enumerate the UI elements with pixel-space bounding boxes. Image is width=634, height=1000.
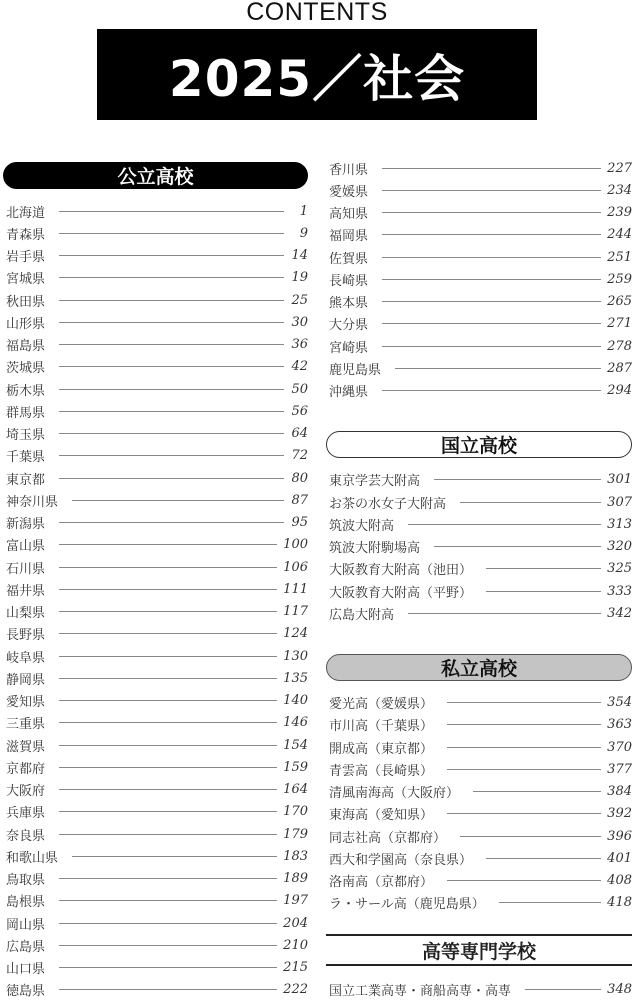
entry-title: 石川県 [3, 558, 45, 577]
toc-entry[interactable]: 富山県100 [3, 534, 308, 556]
entry-title: 宮城県 [3, 268, 45, 287]
entry-title: 埼玉県 [3, 424, 45, 443]
leader-line [59, 834, 277, 835]
entry-title: 洛南高（京都府） [326, 871, 433, 890]
leader-line [59, 900, 277, 901]
page-number: 227 [607, 161, 632, 176]
page-number: 320 [607, 539, 632, 554]
toc-entry[interactable]: 西大和学園高（奈良県）401 [326, 847, 632, 869]
toc-entry[interactable]: 市川高（千葉県）363 [326, 714, 632, 736]
toc-entry[interactable]: 島根県197 [3, 890, 308, 912]
page-number: 19 [290, 270, 308, 285]
page-number: 140 [283, 693, 308, 708]
entry-title: 広島大附高 [326, 604, 394, 623]
entry-title: 愛媛県 [326, 181, 368, 200]
toc-entry[interactable]: 群馬県56 [3, 400, 308, 422]
page-number: 179 [283, 827, 308, 842]
toc-entry[interactable]: 三重県146 [3, 712, 308, 734]
page-number: 215 [283, 960, 308, 975]
leader-line [59, 255, 284, 256]
toc-entry[interactable]: 岡山県204 [3, 912, 308, 934]
toc-entry[interactable]: 徳島県222 [3, 979, 308, 1000]
section-header-national: 国立高校 [326, 431, 632, 458]
page-number: 259 [607, 272, 632, 287]
entry-title: 島根県 [3, 891, 45, 910]
toc-entry[interactable]: 宮崎県278 [326, 335, 632, 357]
leader-line [59, 767, 277, 768]
page-number: 124 [283, 626, 308, 641]
toc-entry[interactable]: 広島県210 [3, 934, 308, 956]
entry-title: 千葉県 [3, 446, 45, 465]
public-list-continued: 香川県227愛媛県234高知県239福岡県244佐賀県251長崎県259熊本県2… [326, 157, 632, 402]
page-number: 189 [283, 871, 308, 886]
leader-line [473, 791, 601, 792]
page-number: 325 [607, 561, 632, 576]
page-number: 287 [607, 361, 632, 376]
leader-line [59, 989, 277, 990]
leader-line [59, 945, 277, 946]
entry-title: 熊本県 [326, 292, 368, 311]
page-number: 87 [290, 493, 308, 508]
toc-entry[interactable]: 山口県215 [3, 957, 308, 979]
page-number: 64 [290, 426, 308, 441]
toc-entry[interactable]: 長野県124 [3, 623, 308, 645]
page-number: 42 [290, 359, 308, 374]
title-banner: 2025／社会 [97, 29, 537, 120]
toc-entry[interactable]: 愛光高（愛媛県）354 [326, 692, 632, 714]
leader-line [395, 368, 601, 369]
entry-title: 香川県 [326, 159, 368, 178]
leader-line [59, 544, 277, 545]
leader-line [59, 433, 284, 434]
entry-title: 山形県 [3, 313, 45, 332]
entry-title: 徳島県 [3, 980, 45, 999]
toc-entry[interactable]: 山梨県117 [3, 601, 308, 623]
leader-line [434, 546, 601, 547]
leader-line [59, 700, 277, 701]
toc-entry[interactable]: 大分県271 [326, 313, 632, 335]
page-number: 408 [607, 873, 632, 888]
page-number: 111 [283, 582, 308, 597]
entry-title: 筑波大附高 [326, 515, 394, 534]
leader-line [382, 212, 601, 213]
toc-entry[interactable]: 清風南海高（大阪府）384 [326, 781, 632, 803]
entry-title: ラ・サール高（鹿児島県） [326, 893, 485, 912]
leader-line [59, 455, 284, 456]
leader-line [486, 591, 601, 592]
page-number: 392 [607, 806, 632, 821]
entry-title: 大分県 [326, 314, 368, 333]
page-title: 2025／社会 [169, 39, 465, 111]
page-number: 363 [607, 717, 632, 732]
toc-entry[interactable]: 秋田県25 [3, 289, 308, 311]
leader-line [382, 279, 601, 280]
toc-entry[interactable]: 京都府159 [3, 756, 308, 778]
entry-title: 茨城県 [3, 357, 45, 376]
entry-title: 清風南海高（大阪府） [326, 782, 459, 801]
page-number: 370 [607, 740, 632, 755]
toc-entry[interactable]: 和歌山県183 [3, 845, 308, 867]
leader-line [59, 411, 284, 412]
entry-title: 群馬県 [3, 402, 45, 421]
toc-entry[interactable]: 鳥取県189 [3, 868, 308, 890]
leader-line [59, 878, 277, 879]
toc-entry[interactable]: 大阪府164 [3, 779, 308, 801]
entry-title: 開成高（東京都） [326, 738, 433, 757]
toc-entry[interactable]: 青森県9 [3, 222, 308, 244]
leader-line [59, 678, 277, 679]
page-number: 1 [290, 204, 308, 219]
toc-entry[interactable]: 東京都80 [3, 467, 308, 489]
leader-line [59, 656, 277, 657]
toc-entry[interactable]: 奈良県179 [3, 823, 308, 845]
page-number: 100 [283, 537, 308, 552]
page-number: 294 [607, 383, 632, 398]
page-number: 333 [607, 584, 632, 599]
section-header-technical: 高等専門学校 [326, 934, 632, 966]
entry-title: 青雲高（長崎県） [326, 760, 433, 779]
page-number: 14 [290, 248, 308, 263]
toc-entry[interactable]: 石川県106 [3, 556, 308, 578]
section-header-public: 公立高校 [3, 162, 308, 189]
leader-line [59, 366, 284, 367]
leader-line [59, 722, 277, 723]
entry-title: 奈良県 [3, 825, 45, 844]
toc-entry[interactable]: 広島大附高342 [326, 602, 632, 624]
page-number: 135 [283, 671, 308, 686]
toc-entry[interactable]: 福岡県244 [326, 224, 632, 246]
toc-entry[interactable]: 福井県111 [3, 578, 308, 600]
entry-title: 岡山県 [3, 914, 45, 933]
leader-line [59, 811, 277, 812]
page-number: 301 [607, 472, 632, 487]
entry-title: 三重県 [3, 713, 45, 732]
entry-title: 佐賀県 [326, 248, 368, 267]
entry-title: 市川高（千葉県） [326, 715, 433, 734]
entry-title: 長崎県 [326, 270, 368, 289]
toc-entry[interactable]: 開成高（東京都）370 [326, 736, 632, 758]
page-number: 210 [283, 938, 308, 953]
leader-line [382, 390, 601, 391]
leader-line [59, 300, 284, 301]
toc-entry[interactable]: 北海道1 [3, 200, 308, 222]
toc-entry[interactable]: 新潟県95 [3, 512, 308, 534]
leader-line [382, 190, 601, 191]
entry-title: 東京学芸大附高 [326, 470, 420, 489]
leader-line [59, 233, 284, 234]
entry-title: 栃木県 [3, 380, 45, 399]
page-number: 251 [607, 250, 632, 265]
toc-entry[interactable]: 香川県227 [326, 157, 632, 179]
leader-line [525, 989, 601, 990]
leader-line [460, 836, 601, 837]
toc-entry[interactable]: 岩手県14 [3, 245, 308, 267]
page-number: 25 [290, 293, 308, 308]
toc-entry[interactable]: 山形県30 [3, 311, 308, 333]
page-number: 313 [607, 517, 632, 532]
page-number: 348 [607, 982, 632, 997]
toc-entry[interactable]: 静岡県135 [3, 667, 308, 689]
toc-entry[interactable]: 福島県36 [3, 334, 308, 356]
entry-title: 長野県 [3, 624, 45, 643]
page-number: 56 [290, 404, 308, 419]
entry-title: 和歌山県 [3, 847, 58, 866]
toc-entry[interactable]: 佐賀県251 [326, 246, 632, 268]
toc-entry[interactable]: 兵庫県170 [3, 801, 308, 823]
toc-entry[interactable]: 栃木県50 [3, 378, 308, 400]
page-number: 170 [283, 804, 308, 819]
entry-title: 国立工業高専・商船高専・高専 [326, 980, 511, 999]
page-number: 307 [607, 495, 632, 510]
toc-entry[interactable]: 高知県239 [326, 202, 632, 224]
entry-title: 愛知県 [3, 691, 45, 710]
leader-line [72, 500, 284, 501]
toc-entry[interactable]: 同志社高（京都府）396 [326, 825, 632, 847]
page-number: 222 [283, 982, 308, 997]
page-number: 130 [283, 649, 308, 664]
leader-line [59, 745, 277, 746]
entry-title: 沖縄県 [326, 381, 368, 400]
toc-entry[interactable]: 神奈川県87 [3, 489, 308, 511]
entry-title: 大阪教育大附高（池田） [326, 559, 472, 578]
toc-entry[interactable]: 国立工業高専・商船高専・高専348 [326, 978, 632, 1000]
page-number: 239 [607, 205, 632, 220]
entry-title: 東京都 [3, 469, 45, 488]
leader-line [447, 724, 601, 725]
entry-title: 青森県 [3, 224, 45, 243]
entry-title: 神奈川県 [3, 491, 58, 510]
entry-title: 大阪教育大附高（平野） [326, 582, 472, 601]
entry-title: 大阪府 [3, 780, 45, 799]
leader-line [59, 567, 277, 568]
page-number: 354 [607, 695, 632, 710]
page-number: 95 [290, 515, 308, 530]
toc-entry[interactable]: 千葉県72 [3, 445, 308, 467]
leader-line [460, 502, 601, 503]
toc-entry[interactable]: 大阪教育大附高（平野）333 [326, 580, 632, 602]
page-number: 265 [607, 294, 632, 309]
leader-line [382, 323, 601, 324]
section-header-private: 私立高校 [326, 654, 632, 681]
contents-label: CONTENTS [0, 0, 634, 27]
leader-line [59, 389, 284, 390]
toc-entry[interactable]: 茨城県42 [3, 356, 308, 378]
leader-line [59, 322, 284, 323]
right-column: 香川県227愛媛県234高知県239福岡県244佐賀県251長崎県259熊本県2… [326, 157, 632, 1000]
entry-title: 同志社高（京都府） [326, 827, 446, 846]
page-number: 106 [283, 560, 308, 575]
entry-title: 福岡県 [326, 225, 368, 244]
page-number: 117 [283, 604, 308, 619]
page-number: 244 [607, 227, 632, 242]
page-number: 418 [607, 895, 632, 910]
leader-line [408, 524, 601, 525]
page-number: 164 [283, 782, 308, 797]
page-number: 183 [283, 849, 308, 864]
page-number: 377 [607, 762, 632, 777]
leader-line [382, 301, 601, 302]
leader-line [447, 769, 601, 770]
page-number: 154 [283, 738, 308, 753]
leader-line [59, 211, 284, 212]
page-number: 234 [607, 183, 632, 198]
leader-line [434, 479, 601, 480]
leader-line [499, 902, 601, 903]
leader-line [447, 880, 601, 881]
toc-entry[interactable]: 熊本県265 [326, 291, 632, 313]
page-number: 80 [290, 471, 308, 486]
leader-line [447, 747, 601, 748]
national-list: 東京学芸大附高301お茶の水女子大附高307筑波大附高313筑波大附駒場高320… [326, 469, 632, 625]
technical-list: 国立工業高専・商船高専・高専348 [326, 978, 632, 1000]
entry-title: 鹿児島県 [326, 359, 381, 378]
leader-line [382, 234, 601, 235]
leader-line [408, 613, 601, 614]
entry-title: 山口県 [3, 958, 45, 977]
entry-title: 筑波大附駒場高 [326, 537, 420, 556]
entry-title: 富山県 [3, 535, 45, 554]
entry-title: 北海道 [3, 202, 45, 221]
page-number: 30 [290, 315, 308, 330]
toc-entry[interactable]: 愛媛県234 [326, 179, 632, 201]
leader-line [59, 633, 277, 634]
private-list: 愛光高（愛媛県）354市川高（千葉県）363開成高（東京都）370青雲高（長崎県… [326, 692, 632, 915]
entry-title: 広島県 [3, 936, 45, 955]
page-number: 204 [283, 916, 308, 931]
page-number: 159 [283, 760, 308, 775]
leader-line [382, 346, 601, 347]
leader-line [382, 257, 601, 258]
toc-entry[interactable]: 大阪教育大附高（池田）325 [326, 558, 632, 580]
toc-entry[interactable]: 宮城県19 [3, 267, 308, 289]
toc-entry[interactable]: ラ・サール高（鹿児島県）418 [326, 892, 632, 914]
toc-entry[interactable]: 鹿児島県287 [326, 357, 632, 379]
page-number: 271 [607, 316, 632, 331]
entry-title: 新潟県 [3, 513, 45, 532]
entry-title: 鳥取県 [3, 869, 45, 888]
page-number: 278 [607, 339, 632, 354]
leader-line [72, 856, 277, 857]
leader-line [59, 923, 277, 924]
toc-entry[interactable]: お茶の水女子大附高307 [326, 491, 632, 513]
toc-entry[interactable]: 東海高（愛知県）392 [326, 803, 632, 825]
leader-line [59, 589, 277, 590]
leader-line [59, 967, 277, 968]
left-column: 公立高校 北海道1青森県9岩手県14宮城県19秋田県25山形県30福島県36茨城… [3, 162, 308, 1000]
entry-title: 岐阜県 [3, 647, 45, 666]
page-number: 384 [607, 784, 632, 799]
entry-title: お茶の水女子大附高 [326, 493, 446, 512]
entry-title: 京都府 [3, 758, 45, 777]
toc-entry[interactable]: 筑波大附駒場高320 [326, 536, 632, 558]
toc-entry[interactable]: 青雲高（長崎県）377 [326, 758, 632, 780]
page-number: 146 [283, 715, 308, 730]
page-number: 396 [607, 829, 632, 844]
page-number: 401 [607, 851, 632, 866]
toc-entry[interactable]: 愛知県140 [3, 690, 308, 712]
entry-title: 愛光高（愛媛県） [326, 693, 433, 712]
toc-entry[interactable]: 長崎県259 [326, 268, 632, 290]
entry-title: 兵庫県 [3, 802, 45, 821]
leader-line [59, 611, 277, 612]
leader-line [486, 858, 601, 859]
leader-line [59, 277, 284, 278]
entry-title: 秋田県 [3, 291, 45, 310]
leader-line [486, 568, 601, 569]
entry-title: 福島県 [3, 335, 45, 354]
page-number: 342 [607, 606, 632, 621]
entry-title: 福井県 [3, 580, 45, 599]
leader-line [59, 344, 284, 345]
page-number: 50 [290, 382, 308, 397]
entry-title: 高知県 [326, 203, 368, 222]
leader-line [59, 789, 277, 790]
entry-title: 西大和学園高（奈良県） [326, 849, 472, 868]
leader-line [447, 813, 601, 814]
entry-title: 宮崎県 [326, 337, 368, 356]
entry-title: 静岡県 [3, 669, 45, 688]
page-number: 36 [290, 337, 308, 352]
entry-title: 東海高（愛知県） [326, 804, 433, 823]
toc-entry[interactable]: 沖縄県294 [326, 380, 632, 402]
leader-line [382, 168, 601, 169]
leader-line [447, 702, 601, 703]
toc-entry[interactable]: 埼玉県64 [3, 423, 308, 445]
entry-title: 滋賀県 [3, 736, 45, 755]
toc-entry[interactable]: 東京学芸大附高301 [326, 469, 632, 491]
page-number: 197 [283, 893, 308, 908]
page-number: 9 [290, 226, 308, 241]
toc-entry[interactable]: 滋賀県154 [3, 734, 308, 756]
entry-title: 山梨県 [3, 602, 45, 621]
toc-entry[interactable]: 筑波大附高313 [326, 513, 632, 535]
public-list: 北海道1青森県9岩手県14宮城県19秋田県25山形県30福島県36茨城県42栃木… [3, 200, 308, 1000]
entry-title: 岩手県 [3, 246, 45, 265]
leader-line [59, 522, 284, 523]
page-number: 72 [290, 448, 308, 463]
toc-entry[interactable]: 洛南高（京都府）408 [326, 870, 632, 892]
toc-entry[interactable]: 岐阜県130 [3, 645, 308, 667]
leader-line [59, 478, 284, 479]
